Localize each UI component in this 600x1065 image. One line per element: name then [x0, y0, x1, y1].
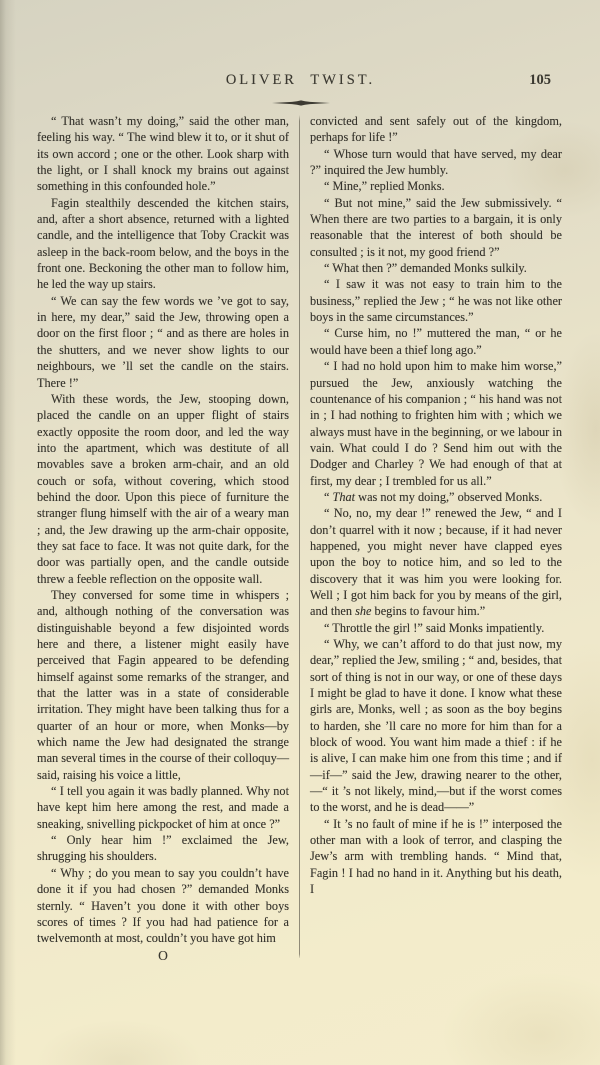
paragraph: “ Whose turn would that have served, my … — [310, 146, 562, 179]
paragraph: “ Why, we can’t afford to do that just n… — [310, 636, 562, 816]
swelled-rule-ornament — [37, 94, 564, 112]
paragraph: “ Mine,” replied Monks. — [310, 178, 562, 194]
right-column: convicted and sent safely out of the kin… — [310, 113, 562, 964]
paragraph: “ I had no hold upon him to make him wor… — [310, 358, 562, 489]
paragraph: “ Curse him, no !” muttered the man, “ o… — [310, 325, 562, 358]
signature-mark: O — [37, 948, 289, 964]
paragraph: “ But not mine,” said the Jew submissive… — [310, 195, 562, 260]
column-divider-rule — [299, 115, 300, 958]
page-header: OLIVER TWIST. 105 — [37, 72, 564, 94]
paragraph: “ No, no, my dear !” renewed the Jew, “ … — [310, 505, 562, 619]
swelled-rule-icon — [272, 99, 330, 107]
paragraph: “ It ’s no fault of mine if he is !” int… — [310, 816, 562, 898]
text-columns: “ That wasn’t my doing,” said the other … — [37, 113, 564, 964]
page-number: 105 — [529, 72, 551, 89]
left-column: “ That wasn’t my doing,” said the other … — [37, 113, 289, 964]
paragraph: “ Throttle the girl !” said Monks impati… — [310, 620, 562, 636]
paragraph: “ That wasn’t my doing,” said the other … — [37, 113, 289, 195]
paragraph: “ What then ?” demanded Monks sulkily. — [310, 260, 562, 276]
paragraph: “ We can say the few words we ’ve got to… — [37, 293, 289, 391]
paragraph: “ I saw it was not easy to train him to … — [310, 276, 562, 325]
book-page: OLIVER TWIST. 105 “ That wasn’t my doing… — [0, 0, 600, 1065]
paragraph: They conversed for some time in whispers… — [37, 587, 289, 783]
paragraph: “ Why ; do you mean to say you couldn’t … — [37, 865, 289, 947]
paragraph: With these words, the Jew, stooping down… — [37, 391, 289, 587]
paragraph: “ Only hear him !” exclaimed the Jew, sh… — [37, 832, 289, 865]
running-head-title: OLIVER TWIST. — [37, 72, 564, 89]
paragraph: “ That was not my doing,” observed Monks… — [310, 489, 562, 505]
paragraph: “ I tell you again it was badly planned.… — [37, 783, 289, 832]
paragraph: Fagin stealthily descended the kitchen s… — [37, 195, 289, 293]
paragraph: convicted and sent safely out of the kin… — [310, 113, 562, 146]
